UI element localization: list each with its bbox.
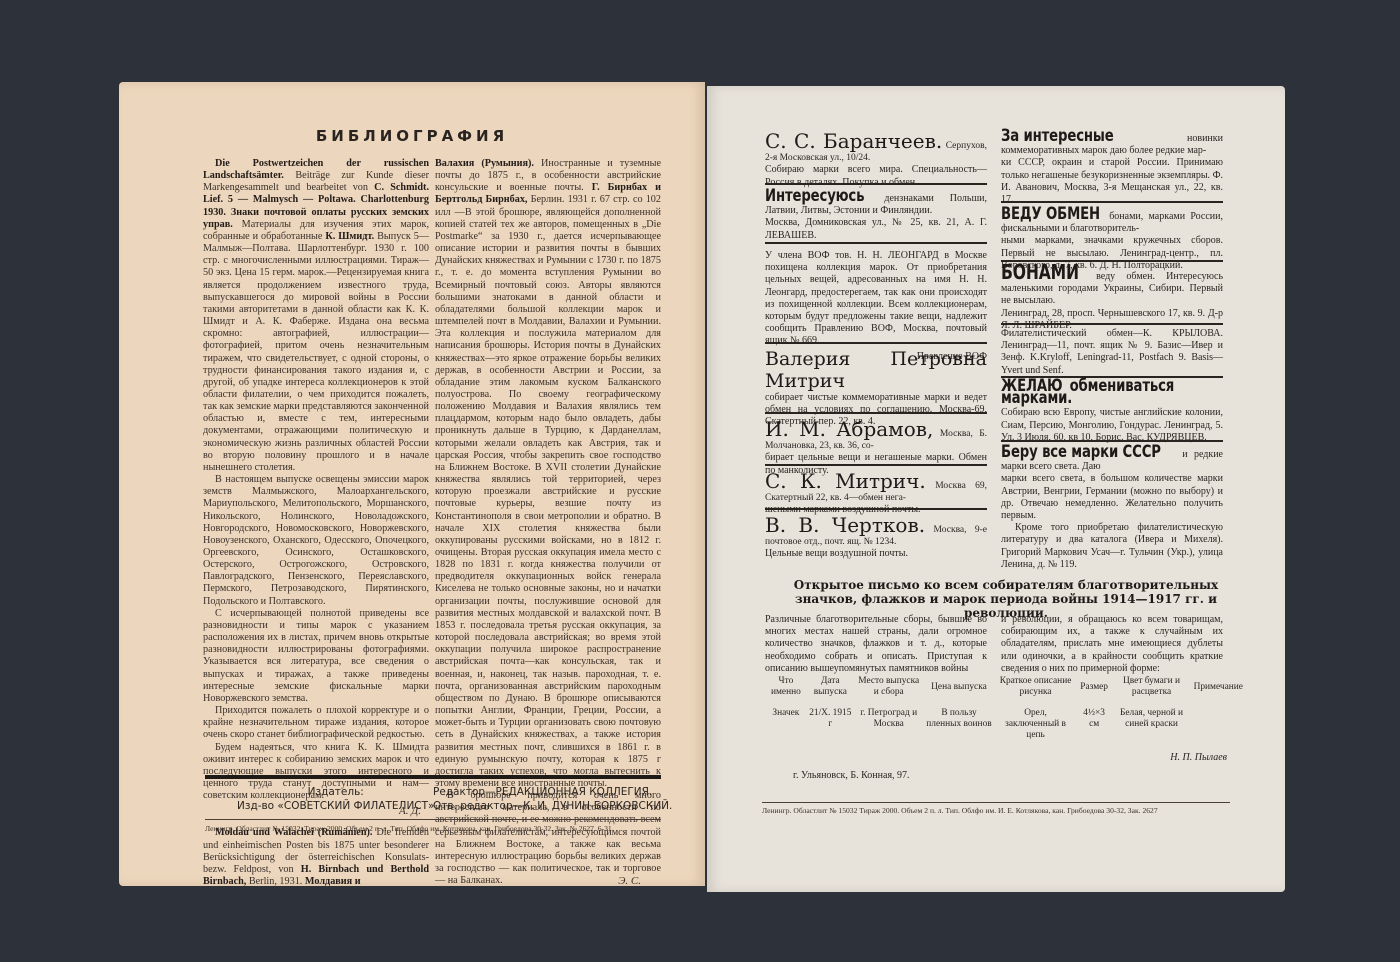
notice-leongard-theft: У члена ВОФ тов. Н. Н. ЛЕОНГАРД в Москве… bbox=[765, 250, 987, 363]
print-line: Ленингр. Областлит № 15032 Тираж 2000. О… bbox=[762, 806, 1158, 815]
ad-divider bbox=[765, 342, 987, 344]
ad-divider bbox=[765, 242, 987, 244]
ad-avanovich: За интересные новинки коммеморативных ма… bbox=[1001, 130, 1223, 206]
review-1-intro: Die Postwertzeichen der russischen Lands… bbox=[203, 158, 429, 474]
review-1-paragraph: В настоящем выпуске освещены эмиссии мар… bbox=[203, 474, 429, 608]
print-line-rule bbox=[205, 819, 661, 820]
review-2-body: Валахия (Румыния). Иностранные и туземны… bbox=[435, 158, 661, 790]
ad-abramov: И. М. Абрамов, Москва, Б. Молчановка, 23… bbox=[765, 418, 987, 477]
imprint-rule bbox=[205, 775, 661, 779]
ad-divider bbox=[765, 183, 987, 185]
ad-baranchееv: С. С. Баранчеев. Серпухов, 2-я Московска… bbox=[765, 130, 987, 189]
responsible-editor: Отв. редактор—К. И. ДУНИН-БОРКОВСКИЙ. bbox=[433, 799, 672, 813]
publisher-name: Изд-во «СОВЕТСКИЙ ФИЛАТЕЛИСТ» bbox=[237, 799, 434, 813]
table-row: Значек 21/X. 1915 г г. Петроград и Москв… bbox=[765, 708, 1245, 741]
open-letter-col-2: и революции, я обращаюсь ко всем товарищ… bbox=[1001, 614, 1223, 675]
sample-form-table: Что именно Дата выпуска Место выпуска и … bbox=[765, 676, 1245, 741]
open-letter-col-1: Различные благотворительные сборы, бывши… bbox=[765, 614, 987, 675]
ad-chertkov: В. В. Чертков. Москва, 9-е почтовое отд.… bbox=[765, 514, 987, 561]
ad-divider bbox=[765, 508, 987, 510]
ad-divider bbox=[1001, 323, 1223, 325]
ad-kudryavtsev: ЖЕЛАЮ обмениваться марками. Собираю всю … bbox=[1001, 380, 1223, 444]
open-letter-address: г. Ульяновск, Б. Конная, 97. bbox=[793, 770, 1093, 782]
publisher-label: Издатель: bbox=[237, 785, 434, 799]
review-1-paragraph: С исчерпывающей полнотой приведены все р… bbox=[203, 608, 429, 705]
ad-krylova: Филателистический обмен—К. КРЫЛОВА. Лени… bbox=[1001, 328, 1223, 377]
ad-divider bbox=[765, 412, 987, 414]
ad-divider bbox=[765, 464, 987, 466]
page-heading: БИБЛИОГРАФИЯ bbox=[119, 127, 705, 145]
editor: Редактор—РЕДАКЦИОННАЯ КОЛЛЕГИЯ. bbox=[433, 785, 672, 799]
ad-levashev: Интересуюсь дензнаками Польши, Латвии, Л… bbox=[765, 190, 987, 242]
open-letter-signature: Н. П. Пылаев bbox=[1047, 752, 1227, 764]
print-line-rule bbox=[762, 802, 1230, 803]
review-1-paragraph: Приходится пожалеть о плохой корректуре … bbox=[203, 705, 429, 741]
right-page: С. С. Баранчеев. Серпухов, 2-я Московска… bbox=[707, 86, 1285, 892]
review-2-intro: Moldau und Walachei (Rumänien). Die frem… bbox=[203, 827, 429, 888]
editor-block: Редактор—РЕДАКЦИОННАЯ КОЛЛЕГИЯ. Отв. ред… bbox=[433, 785, 672, 813]
print-line: Ленингр. Областлит № 15032. Тираж 2000. … bbox=[205, 824, 612, 833]
publisher-block: Издатель: Изд-во «СОВЕТСКИЙ ФИЛАТЕЛИСТ» bbox=[237, 785, 434, 813]
ad-divider bbox=[1001, 201, 1223, 203]
left-page: БИБЛИОГРАФИЯ Die Postwertzeichen der rus… bbox=[119, 82, 705, 886]
table-header-row: Что именно Дата выпуска Место выпуска и … bbox=[765, 676, 1245, 708]
ad-usach: Беру все марки СССР и редкие марки всего… bbox=[1001, 446, 1223, 571]
